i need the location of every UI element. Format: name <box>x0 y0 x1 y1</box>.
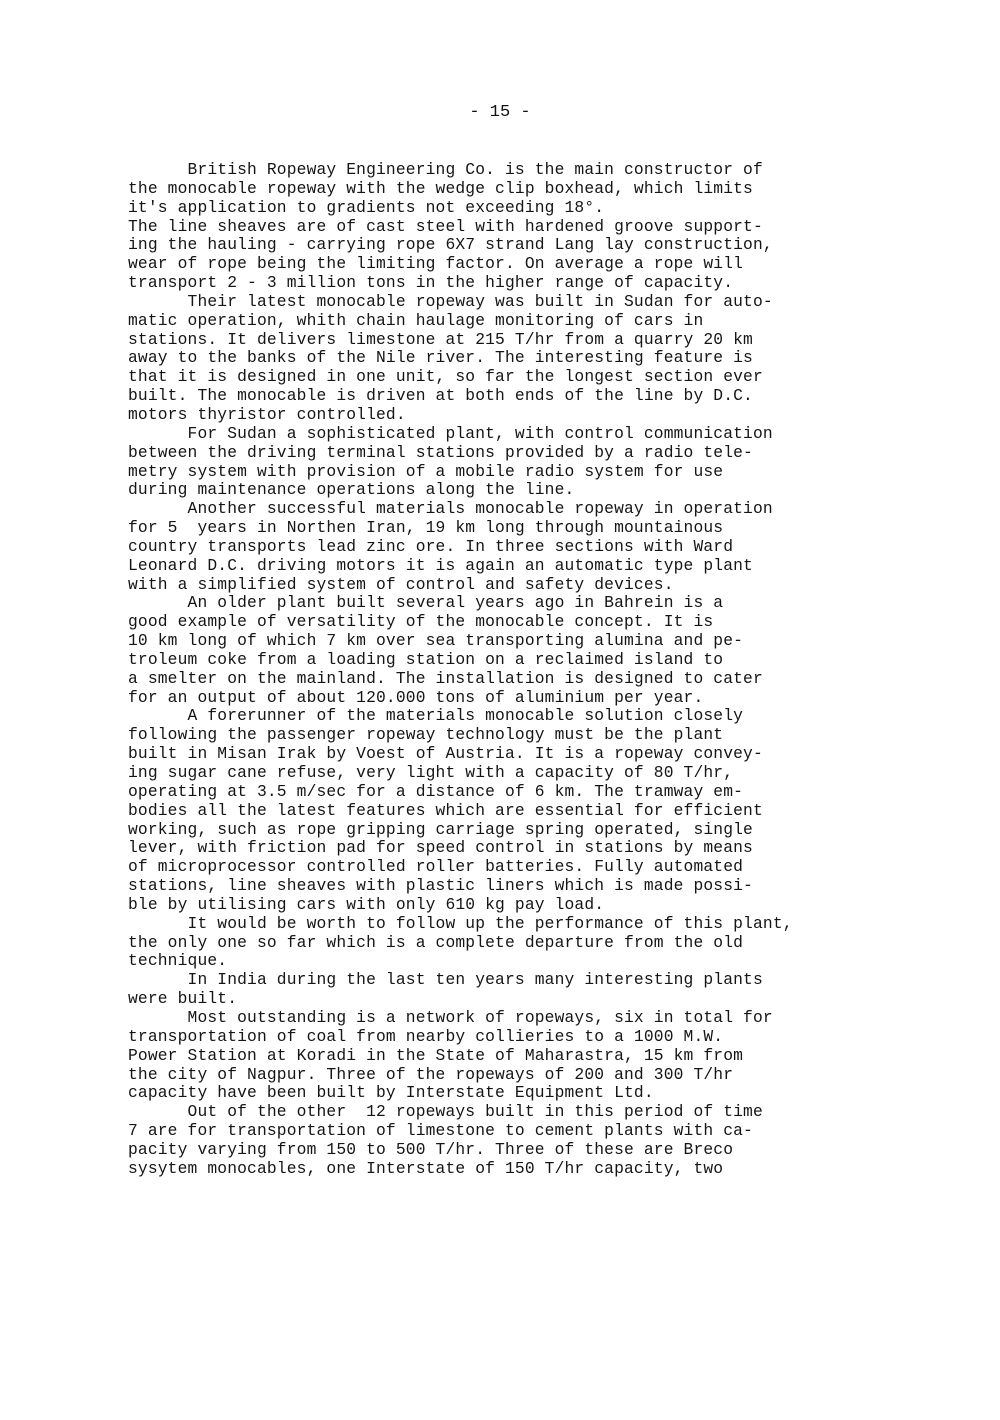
text-line: following the passenger ropeway technolo… <box>128 726 908 745</box>
text-line: 7 are for transportation of limestone to… <box>128 1122 908 1141</box>
text-line: The line sheaves are of cast steel with … <box>128 218 908 237</box>
text-line: It would be worth to follow up the perfo… <box>128 915 908 934</box>
text-line: operating at 3.5 m/sec for a distance of… <box>128 783 908 802</box>
page-number: - 15 - <box>0 103 1000 122</box>
text-line: transport 2 - 3 million tons in the high… <box>128 274 908 293</box>
text-line: troleum coke from a loading station on a… <box>128 651 908 670</box>
text-line: stations, line sheaves with plastic line… <box>128 877 908 896</box>
text-line: the city of Nagpur. Three of the ropeway… <box>128 1066 908 1085</box>
text-line: built. The monocable is driven at both e… <box>128 387 908 406</box>
text-line: transportation of coal from nearby colli… <box>128 1028 908 1047</box>
text-line: the monocable ropeway with the wedge cli… <box>128 180 908 199</box>
text-line: An older plant built several years ago i… <box>128 594 908 613</box>
text-line: good example of versatility of the monoc… <box>128 613 908 632</box>
text-line: working, such as rope gripping carriage … <box>128 821 908 840</box>
text-line: that it is designed in one unit, so far … <box>128 368 908 387</box>
text-line: country transports lead zinc ore. In thr… <box>128 538 908 557</box>
text-line: Their latest monocable ropeway was built… <box>128 293 908 312</box>
text-line: for 5 years in Northen Iran, 19 km long … <box>128 519 908 538</box>
text-line: British Ropeway Engineering Co. is the m… <box>128 161 908 180</box>
text-line: of microprocessor controlled roller batt… <box>128 858 908 877</box>
text-line: motors thyristor controlled. <box>128 406 908 425</box>
text-line: Leonard D.C. driving motors it is again … <box>128 557 908 576</box>
text-line: during maintenance operations along the … <box>128 481 908 500</box>
text-line: capacity have been built by Interstate E… <box>128 1084 908 1103</box>
text-line: built in Misan Irak by Voest of Austria.… <box>128 745 908 764</box>
text-line: lever, with friction pad for speed contr… <box>128 839 908 858</box>
text-line: sysytem monocables, one Interstate of 15… <box>128 1160 908 1179</box>
text-line: bodies all the latest features which are… <box>128 802 908 821</box>
text-line: with a simplified system of control and … <box>128 576 908 595</box>
text-line: wear of rope being the limiting factor. … <box>128 255 908 274</box>
text-line: ing sugar cane refuse, very light with a… <box>128 764 908 783</box>
document-body: British Ropeway Engineering Co. is the m… <box>128 161 908 1179</box>
text-line: Another successful materials monocable r… <box>128 500 908 519</box>
text-line: ing the hauling - carrying rope 6X7 stra… <box>128 236 908 255</box>
text-line: Power Station at Koradi in the State of … <box>128 1047 908 1066</box>
text-line: matic operation, whith chain haulage mon… <box>128 312 908 331</box>
text-line: ble by utilising cars with only 610 kg p… <box>128 896 908 915</box>
text-line: Most outstanding is a network of ropeway… <box>128 1009 908 1028</box>
text-line: stations. It delivers limestone at 215 T… <box>128 331 908 350</box>
text-line: A forerunner of the materials monocable … <box>128 707 908 726</box>
text-line: In India during the last ten years many … <box>128 971 908 990</box>
text-line: away to the banks of the Nile river. The… <box>128 349 908 368</box>
text-line: were built. <box>128 990 908 1009</box>
text-line: 10 km long of which 7 km over sea transp… <box>128 632 908 651</box>
text-line: it's application to gradients not exceed… <box>128 199 908 218</box>
text-line: the only one so far which is a complete … <box>128 934 908 953</box>
text-line: a smelter on the mainland. The installat… <box>128 670 908 689</box>
text-line: technique. <box>128 952 908 971</box>
text-line: for an output of about 120.000 tons of a… <box>128 689 908 708</box>
text-line: For Sudan a sophisticated plant, with co… <box>128 425 908 444</box>
text-line: pacity varying from 150 to 500 T/hr. Thr… <box>128 1141 908 1160</box>
text-line: Out of the other 12 ropeways built in th… <box>128 1103 908 1122</box>
text-line: between the driving terminal stations pr… <box>128 444 908 463</box>
text-line: metry system with provision of a mobile … <box>128 463 908 482</box>
